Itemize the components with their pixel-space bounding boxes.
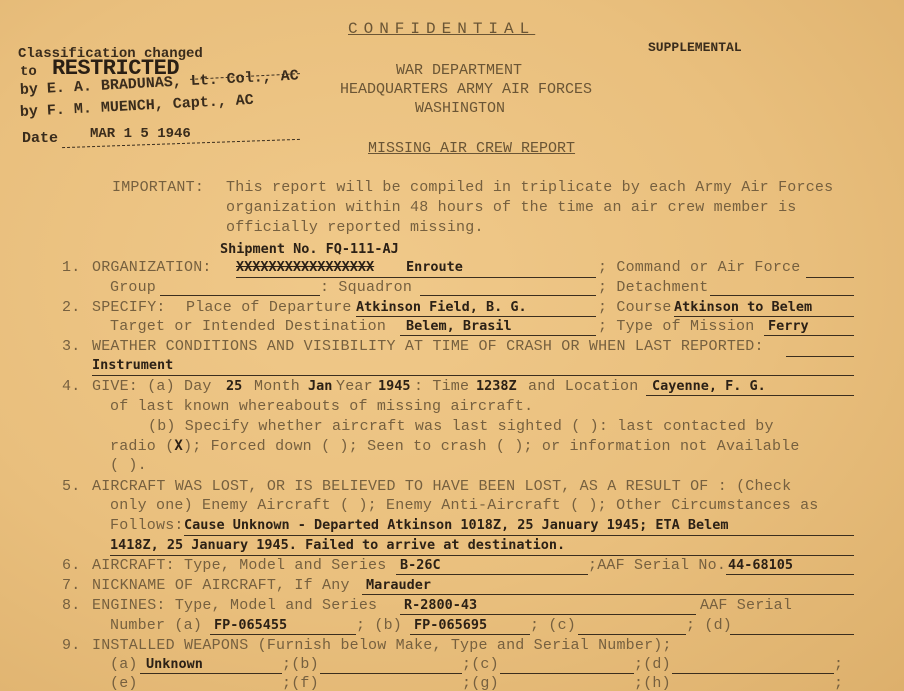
time-value: 1238Z [476, 378, 517, 394]
organization-value: Enroute [406, 259, 463, 275]
engines-line [400, 614, 696, 615]
aircraft-line [396, 574, 588, 575]
important-line-1: This report will be compiled in triplica… [226, 179, 833, 196]
engines-value: R-2800-43 [404, 597, 477, 613]
squadron-label: : Squadron [320, 279, 412, 296]
weather-line-2 [92, 375, 854, 376]
important-label: IMPORTANT: [112, 179, 204, 196]
cause-value-1: Cause Unknown - Departed Atkinson 1018Z,… [184, 517, 729, 533]
day-label: GIVE: (a) Day [92, 378, 212, 395]
item-number: 4. [62, 378, 80, 395]
organization-line [236, 277, 596, 278]
aaf-serial-label: ;AAF Serial No. [588, 557, 726, 574]
radio-label: radio ( [110, 438, 174, 455]
mission-label: ; Type of Mission [598, 318, 754, 335]
mission-line [764, 335, 854, 336]
engine-aaf-serial-label: AAF Serial [700, 597, 792, 614]
weapon-b-line [320, 673, 462, 674]
engine-number-a-value: FP-065455 [214, 617, 287, 633]
stamp-date-label: Date [22, 130, 58, 147]
course-value: Atkinson to Belem [674, 299, 812, 315]
month-label: Month [254, 378, 300, 395]
classification-confidential: CONFIDENTIAL [348, 20, 535, 38]
weapon-c-line [500, 673, 634, 674]
whereabouts-text: of last known whereabouts of missing air… [110, 398, 533, 415]
cause-line-2: only one) Enemy Aircraft ( ); Enemy Anti… [110, 497, 819, 514]
engine-number-b-value: FP-065695 [414, 617, 487, 633]
departure-line [356, 316, 596, 317]
weapon-b-label: ;(b) [282, 656, 319, 673]
mission-value: Ferry [768, 318, 809, 334]
location-value: Cayenne, F. G. [652, 378, 766, 394]
group-line [160, 295, 320, 296]
command-line [806, 277, 854, 278]
report-title: MISSING AIR CREW REPORT [368, 140, 575, 157]
cause-line-b [110, 555, 854, 556]
weapon-d-label: ;(d) [634, 656, 671, 673]
weapon-f-label: ;(f) [282, 675, 319, 691]
weapon-end-semicolon-2: ; [834, 675, 843, 691]
course-label: ; Course [598, 299, 672, 316]
engine-d-label: ; (d) [686, 617, 732, 634]
location-label: and Location [528, 378, 638, 395]
engine-b-line [410, 634, 530, 635]
weapon-end-semicolon: ; [834, 656, 843, 673]
header-war-department: WAR DEPARTMENT [396, 62, 522, 79]
weather-label: WEATHER CONDITIONS AND VISIBILITY AT TIM… [92, 338, 764, 355]
item-number: 6. [62, 557, 80, 574]
item-number: 1. [62, 259, 80, 276]
item-number: 7. [62, 577, 80, 594]
engine-a-line [210, 634, 356, 635]
engine-b-label: ; (b) [356, 617, 402, 634]
course-line [674, 316, 854, 317]
organization-label: ORGANIZATION: [92, 259, 212, 276]
detachment-label: ; Detachment [598, 279, 708, 296]
not-available-checkbox: ( ). [110, 457, 147, 474]
specify-label: SPECIFY: [92, 299, 166, 316]
contact-line: radio (X); Forced down ( ); Seen to cras… [110, 438, 800, 455]
time-label: : Time [414, 378, 469, 395]
cause-line-a [184, 535, 854, 536]
item-number: 5. [62, 478, 80, 495]
stamp-date-value: MAR 1 5 1946 [90, 126, 191, 142]
target-line [400, 335, 596, 336]
weapon-d-line [672, 673, 834, 674]
engine-d-line [730, 634, 854, 635]
item-number: 3. [62, 338, 80, 355]
contact-options-text: ); Forced down ( ); Seen to crash ( ); o… [183, 438, 800, 455]
command-label: ; Command or Air Force [598, 259, 800, 276]
weapon-h-label: ;(h) [634, 675, 671, 691]
day-value: 25 [226, 378, 242, 394]
weapon-a-line [140, 673, 282, 674]
month-value: Jan [308, 378, 332, 394]
sighted-text: (b) Specify whether aircraft was last si… [148, 418, 774, 435]
location-line [646, 395, 854, 396]
engine-c-line [578, 634, 686, 635]
aaf-serial-line [726, 574, 854, 575]
stamp-to-label: to [20, 64, 37, 80]
weapon-c-label: ;(c) [462, 656, 499, 673]
supplemental-label: SUPPLEMENTAL [648, 40, 742, 55]
weapon-g-label: ;(g) [462, 675, 499, 691]
engine-number-a-label: Number (a) [110, 617, 202, 634]
group-label: Group [110, 279, 156, 296]
item-number: 2. [62, 299, 80, 316]
weapon-a-value: Unknown [146, 656, 203, 672]
weapons-label: INSTALLED WEAPONS (Furnish below Make, T… [92, 637, 672, 654]
departure-value: Atkinson Field, B. G. [356, 299, 527, 315]
nickname-label: NICKNAME OF AIRCRAFT, If Any [92, 577, 350, 594]
departure-label: Place of Departure [186, 299, 352, 316]
cause-line-1: AIRCRAFT WAS LOST, OR IS BELIEVED TO HAV… [92, 478, 791, 495]
nickname-line [362, 594, 854, 595]
important-line-2: organization within 48 hours of the time… [226, 199, 797, 216]
engines-label: ENGINES: Type, Model and Series [92, 597, 377, 614]
engine-c-label: ; (c) [530, 617, 576, 634]
follows-label: Follows: [110, 517, 184, 534]
weather-value: Instrument [92, 357, 173, 373]
year-label: Year [336, 378, 373, 395]
organization-redacted: XXXXXXXXXXXXXXXXX [236, 259, 374, 275]
year-value: 1945 [378, 378, 411, 394]
weapon-a-label: (a) [110, 656, 138, 673]
item-number: 8. [62, 597, 80, 614]
aircraft-label: AIRCRAFT: Type, Model and Series [92, 557, 386, 574]
squadron-line [420, 295, 596, 296]
important-line-3: officially reported missing. [226, 219, 484, 236]
shipment-number: Shipment No. FQ-111-AJ [220, 241, 399, 257]
weapon-e-label: (e) [110, 675, 138, 691]
weather-line-1 [786, 356, 854, 357]
header-washington: WASHINGTON [415, 100, 505, 117]
aaf-serial-value: 44-68105 [728, 557, 793, 573]
target-value: Belem, Brasil [406, 318, 512, 334]
detachment-line [710, 295, 854, 296]
aircraft-value: B-26C [400, 557, 441, 573]
nickname-value: Marauder [366, 577, 431, 593]
target-label: Target or Intended Destination [110, 318, 386, 335]
item-number: 9. [62, 637, 80, 654]
header-hq-aaf: HEADQUARTERS ARMY AIR FORCES [340, 81, 592, 98]
radio-checkmark: X [174, 438, 183, 454]
cause-value-2: 1418Z, 25 January 1945. Failed to arrive… [110, 537, 565, 553]
